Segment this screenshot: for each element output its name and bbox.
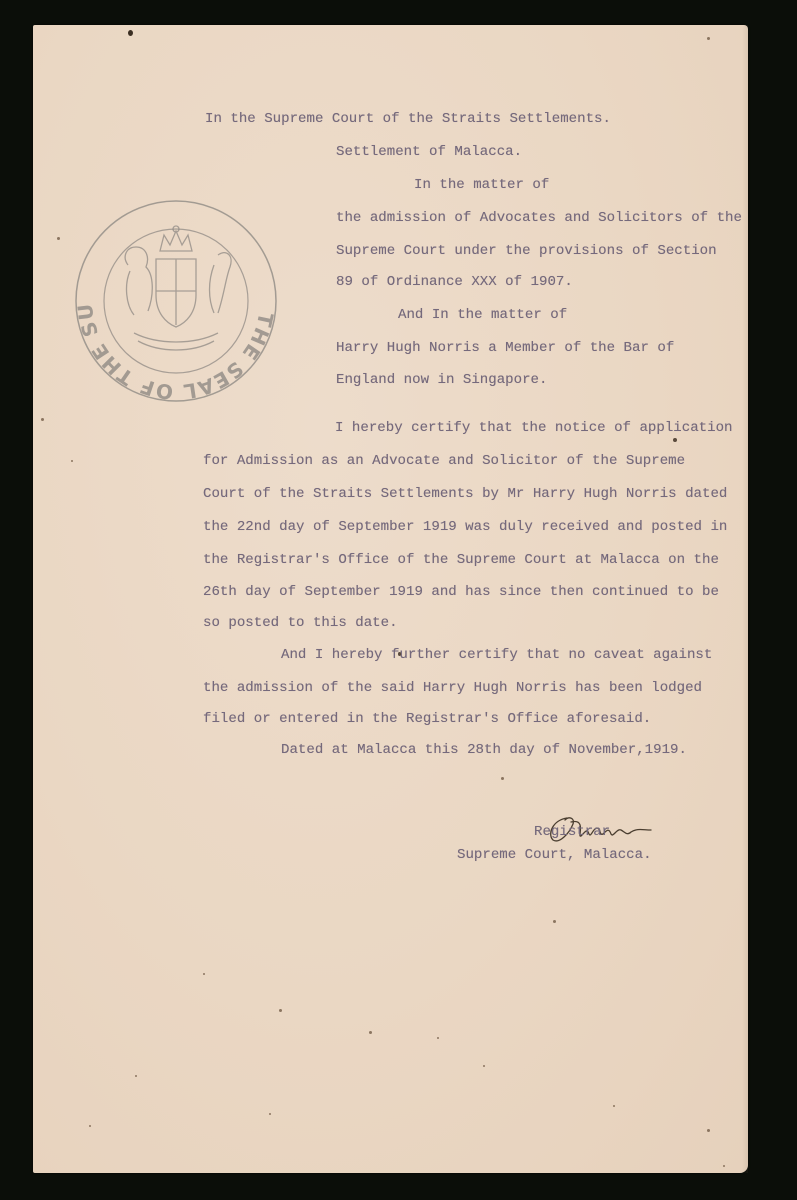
paper-speck [613,1105,615,1107]
applicant-line: England now in Singapore. [336,372,547,388]
paper-speck [437,1037,439,1039]
certificate-line: 26th day of September 1919 and has since… [203,584,719,600]
paper-speck [723,1165,725,1167]
paper-speck [89,1125,91,1127]
certificate-line: the 22nd day of September 1919 was duly … [203,519,727,535]
certificate-line: Court of the Straits Settlements by Mr H… [203,486,727,502]
paper-speck [673,438,677,442]
paper-speck [269,1113,271,1115]
paper-speck [707,1129,710,1132]
paper-speck [128,30,133,36]
matter-line: the admission of Advocates and Solicitor… [336,210,742,226]
paper-speck [57,237,60,240]
certificate-line: so posted to this date. [203,615,398,631]
paper-speck [369,1031,372,1034]
applicant-line: Harry Hugh Norris a Member of the Bar of [336,340,674,356]
paper-speck [41,418,44,421]
further-line: And I hereby further certify that no cav… [281,647,712,663]
certificate-line: the Registrar's Office of the Supreme Co… [203,552,719,568]
registrar-office: Supreme Court, Malacca. [457,847,652,863]
registrar-title: Registrar [534,824,610,840]
court-seal-icon: THE SEAL OF THE SUPREME COURT OF THE STR… [68,195,284,407]
matter-line: Supreme Court under the provisions of Se… [336,243,717,259]
document-page: In the Supreme Court of the Straits Sett… [33,25,748,1173]
paper-speck [71,460,73,462]
paper-speck [203,973,205,975]
paper-speck [279,1009,282,1012]
further-line: filed or entered in the Registrar's Offi… [203,711,651,727]
paper-speck [398,652,401,656]
paper-speck [707,37,710,40]
and-matter-intro: And In the matter of [398,307,567,323]
matter-intro: In the matter of [414,177,549,193]
matter-line: 89 of Ordinance XXX of 1907. [336,274,573,290]
certificate-line: I hereby certify that the notice of appl… [335,420,733,436]
court-heading: In the Supreme Court of the Straits Sett… [205,111,611,127]
certificate-line: for Admission as an Advocate and Solicit… [203,453,685,469]
paper-speck [501,777,504,780]
further-line: the admission of the said Harry Hugh Nor… [203,680,702,696]
paper-speck [483,1065,485,1067]
settlement-heading: Settlement of Malacca. [336,144,522,160]
dated-line: Dated at Malacca this 28th day of Novemb… [281,742,687,758]
paper-speck [135,1075,137,1077]
paper-speck [553,920,556,923]
